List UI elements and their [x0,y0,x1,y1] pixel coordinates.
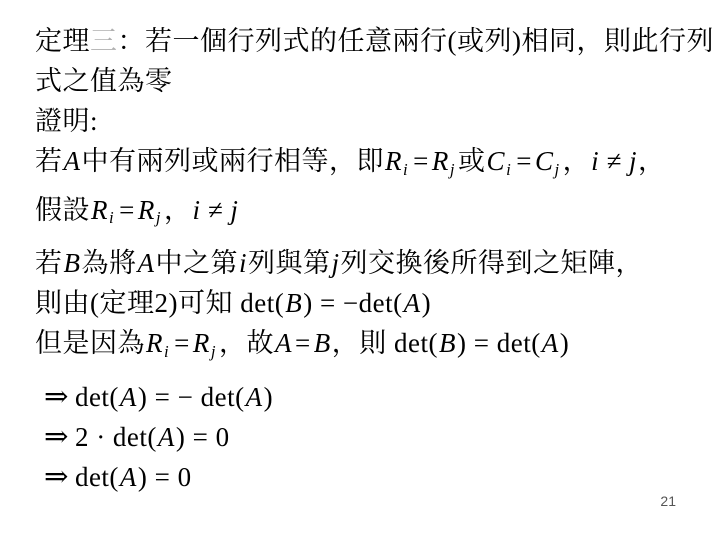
text-segment: R [431,146,450,176]
text-segment: 或 [458,146,486,176]
text-segment: ，則 [332,328,387,358]
text-segment: ) [422,288,432,318]
text-segment: ) = 0 [138,462,192,492]
text-segment: 為將 [82,248,137,278]
text-segment: = [117,195,137,225]
text-segment: 式之值為零 [35,66,173,96]
text-segment: = [172,328,192,358]
text-segment: det( [75,382,119,412]
text-segment: 中之第 [156,248,239,278]
text-segment: A [274,328,293,358]
proof-line-but-because: 但是因為Ri=Rj，故A=B，則 det(B) = det(A) [35,323,705,372]
text-segment: det( [75,462,119,492]
text-segment: i [403,160,411,179]
text-segment: j [450,160,458,179]
text-segment: j [554,160,562,179]
proof-line-assumption: 若A中有兩列或兩行相等，即Ri=Rj或Ci=Cj，i ≠ j， [35,141,705,190]
text-segment: = [411,146,431,176]
text-segment: 三 [90,26,118,56]
proof-label: 證明: [35,101,705,141]
presentation-slide: 定理三：若一個行列式的任意兩行(或列)相同，則此行列式之值為零證明:若A中有兩列… [0,0,720,540]
text-segment: ) = −det( [303,288,402,318]
implies-arrow-icon: ⇒ [44,461,75,493]
text-segment: 則由(定理2)可知 [35,288,233,318]
text-segment: A [245,382,264,412]
text-segment: 若 [35,146,63,176]
text-segment: R [192,328,211,358]
theorem-line-1: 定理三：若一個行列式的任意兩行(或列)相同，則此行列 [35,21,705,61]
implies-arrow-icon: ⇒ [44,381,75,413]
page-number: 21 [660,493,676,509]
text-segment: 列交換後所得到之矩陣， [341,248,644,278]
text-segment: A [137,248,156,278]
text-segment: det( [387,328,438,358]
text-segment: ) [560,328,570,358]
conclusion-line-1: ⇒det(A) = − det(A) [35,377,705,417]
theorem-line-2: 式之值為零 [35,61,705,101]
text-segment: A [541,328,560,358]
text-segment: 但是因為 [35,328,145,358]
text-segment: ， [563,146,591,176]
text-segment: 列與第 [248,248,331,278]
text-segment: C [534,146,555,176]
proof-line-suppose: 假設Ri=Rj，i ≠ j [35,190,705,239]
text-segment: ) = 0 [176,422,230,452]
text-segment: j [331,248,341,278]
text-segment: A [63,146,82,176]
text-segment: i [109,208,117,227]
text-segment: i [238,248,248,278]
text-segment: R [90,195,109,225]
text-segment: 證明: [35,106,98,136]
text-segment: ) [264,382,274,412]
text-segment: i [164,342,172,361]
text-segment: ) = − det( [138,382,245,412]
implies-arrow-icon: ⇒ [44,421,75,453]
proof-line-theorem2: 則由(定理2)可知 det(B) = −det(A) [35,283,705,323]
text-segment: R [384,146,403,176]
slide-content: 定理三：若一個行列式的任意兩行(或列)相同，則此行列式之值為零證明:若A中有兩列… [35,21,705,497]
text-segment: j [156,208,164,227]
text-segment: ，故 [219,328,274,358]
text-segment: B [313,328,332,358]
conclusion-line-2: ⇒2 · det(A) = 0 [35,417,705,457]
text-segment: A [119,382,138,412]
text-segment: B [63,248,82,278]
text-segment: R [137,195,156,225]
text-segment: ， [164,195,192,225]
conclusion-line-3: ⇒det(A) = 0 [35,457,705,497]
text-segment: A [403,288,422,318]
text-segment: ， [638,146,666,176]
text-segment: det( [233,288,284,318]
text-segment: i [506,160,514,179]
text-segment: i ≠ j [192,195,240,225]
text-segment: C [486,146,507,176]
text-segment: i ≠ j [590,146,638,176]
text-segment: R [145,328,164,358]
text-segment: 2 · det( [75,422,157,452]
text-segment: 若 [35,248,63,278]
text-segment: = [293,328,313,358]
text-segment: ) = det( [457,328,541,358]
text-segment: 假設 [35,195,90,225]
proof-line-swap-matrix: 若B為將A中之第i列與第j列交換後所得到之矩陣， [35,243,705,283]
text-segment: j [211,342,219,361]
text-segment: B [438,328,457,358]
text-segment: A [157,422,176,452]
text-segment: B [284,288,303,318]
text-segment: A [119,462,138,492]
text-segment: ：若一個行列式的任意兩行(或列)相同，則此行列 [118,26,714,56]
text-segment: 中有兩列或兩行相等，即 [82,146,385,176]
text-segment: = [514,146,534,176]
text-segment: 定理 [35,26,90,56]
